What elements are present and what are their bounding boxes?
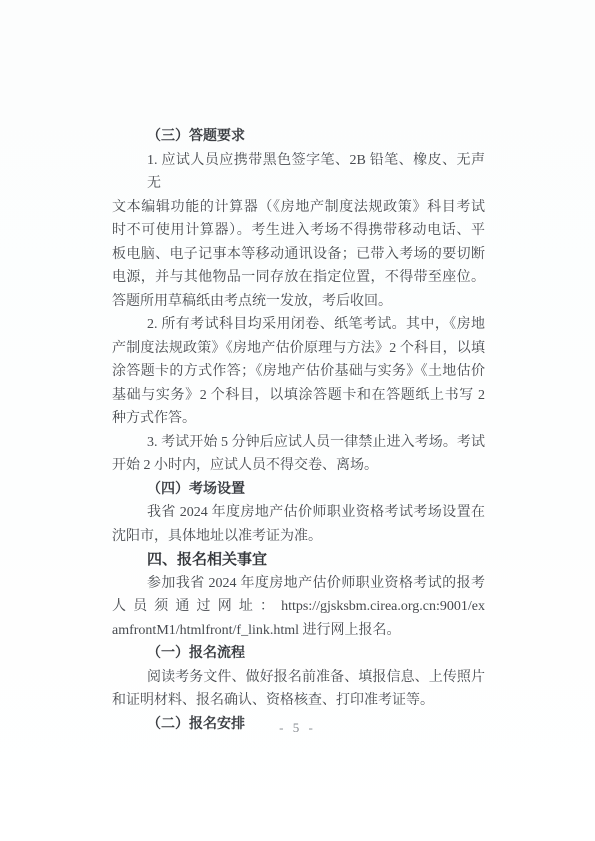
document-page: （三）答题要求1. 应试人员应携带黑色签字笔、2B 铅笔、橡皮、无声无文本编辑功… (0, 0, 595, 841)
section-heading: （三）答题要求 (112, 125, 485, 149)
text-line: 基础与实务》2 个科目，以填涂答题卡和在答题纸上书写 2 (112, 384, 485, 408)
text-line: 产制度法规政策》《房地产估价原理与方法》2 个科目，以填 (112, 337, 485, 361)
text-line: 沈阳市，具体地址以准考证为准。 (112, 525, 485, 549)
text-line: 板电脑、电子记事本等移动通讯设备；已带入考场的要切断 (112, 243, 485, 267)
text-line: 涂答题卡的方式作答；《房地产估价基础与实务》《土地估价 (112, 360, 485, 384)
section-heading: （一）报名流程 (112, 642, 485, 666)
text-line: 阅读考务文件、做好报名前准备、填报信息、上传照片 (112, 666, 485, 690)
text-line: 电源，并与其他物品一同存放在指定位置，不得带至座位。 (112, 266, 485, 290)
text-line: 人员须通过网址：https://gjsksbm.cirea.org.cn:900… (112, 595, 485, 619)
section-heading: （四）考场设置 (112, 478, 485, 502)
text-line: 我省 2024 年度房地产估价师职业资格考试考场设置在 (112, 501, 485, 525)
text-line: 时不可使用计算器）。考生进入考场不得携带移动电话、平 (112, 219, 485, 243)
text-line: 种方式作答。 (112, 407, 485, 431)
section-heading: 四、报名相关事宜 (112, 548, 485, 572)
text-line: 开始 2 小时内，应试人员不得交卷、离场。 (112, 454, 485, 478)
text-line: 2. 所有考试科目均采用闭卷、纸笔考试。其中，《房地 (112, 313, 485, 337)
document-body: （三）答题要求1. 应试人员应携带黑色签字笔、2B 铅笔、橡皮、无声无文本编辑功… (112, 125, 485, 736)
text-line: 答题所用草稿纸由考点统一发放，考后收回。 (112, 290, 485, 314)
text-line: 1. 应试人员应携带黑色签字笔、2B 铅笔、橡皮、无声无 (112, 149, 485, 196)
text-line: 文本编辑功能的计算器（《房地产制度法规政策》科目考试 (112, 196, 485, 220)
page-number: - 5 - (0, 718, 595, 738)
text-line: 和证明材料、报名确认、资格核查、打印准考证等。 (112, 689, 485, 713)
text-line: 3. 考试开始 5 分钟后应试人员一律禁止进入考场。考试 (112, 431, 485, 455)
text-line: 参加我省 2024 年度房地产估价师职业资格考试的报考 (112, 572, 485, 596)
text-line: amfrontM1/htmlfront/f_link.html 进行网上报名。 (112, 619, 485, 643)
